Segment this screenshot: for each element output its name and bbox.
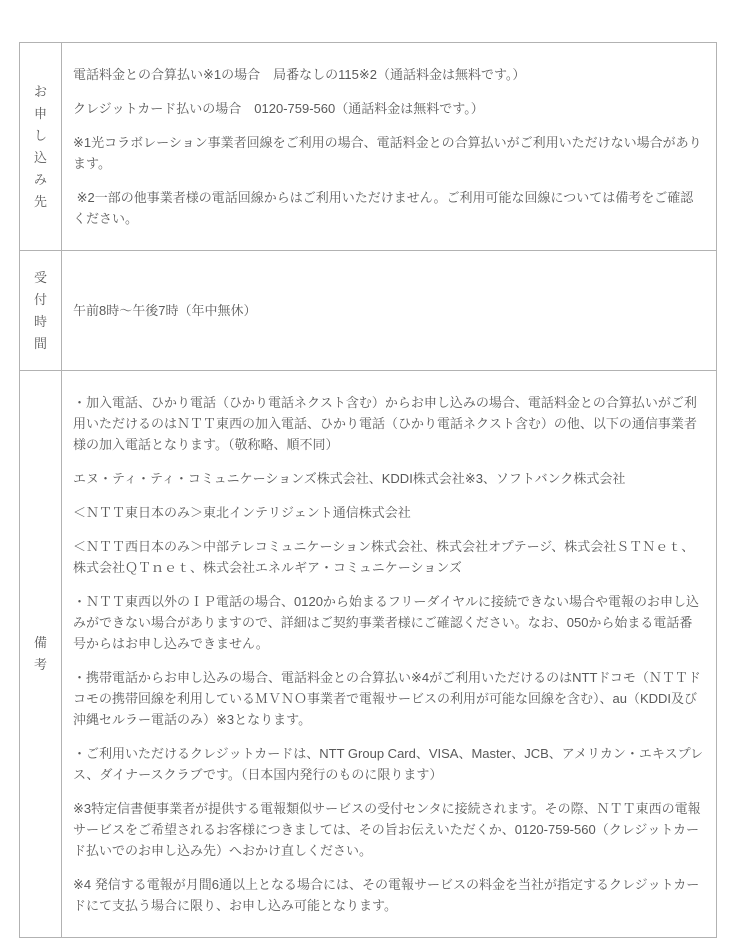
row-header-label: 受付時間: [34, 267, 48, 355]
remark-mobile-phone: ・携帯電話からお申し込みの場合、電話料金との合算払い※4がご利用いただけるのはN…: [73, 667, 705, 730]
remark-note-4: ※4 発信する電報が月間6通以上となる場合には、その電報サービスの料金を当社が指…: [73, 874, 705, 916]
table-row-remarks: 備考 ・加入電話、ひかり電話（ひかり電話ネクスト含む）からお申し込みの場合、電話…: [20, 371, 717, 938]
application-info-table: お申し込み先 電話料金との合算払い※1の場合 局番なしの115※2（通話料金は無…: [19, 42, 717, 938]
page: お申し込み先 電話料金との合算払い※1の場合 局番なしの115※2（通話料金は無…: [0, 0, 740, 886]
phone-billing-line: 電話料金との合算払い※1の場合 局番なしの115※2（通話料金は無料です。）: [73, 64, 705, 85]
credit-card-line: クレジットカード払いの場合 0120-759-560（通話料金は無料です。）: [73, 98, 705, 119]
row-header-label: お申し込み先: [34, 81, 48, 213]
remark-carrier-list: エヌ・ティ・ティ・コミュニケーションズ株式会社、KDDI株式会社※3、ソフトバン…: [73, 468, 705, 489]
row-content-reception-hours: 午前8時～午後7時（年中無休）: [62, 251, 717, 371]
row-content-application-contact: 電話料金との合算払い※1の場合 局番なしの115※2（通話料金は無料です。） ク…: [62, 43, 717, 251]
hours-line: 午前8時～午後7時（年中無休）: [73, 300, 705, 321]
note-1: ※1光コラボレーション事業者回線をご利用の場合、電話料金との合算払いがご利用いた…: [73, 132, 705, 174]
row-header-remarks: 備考: [20, 371, 62, 938]
row-header-application-contact: お申し込み先: [20, 43, 62, 251]
table-row-application-contact: お申し込み先 電話料金との合算払い※1の場合 局番なしの115※2（通話料金は無…: [20, 43, 717, 251]
remark-ntt-east-only: ＜ＮＴＴ東日本のみ＞東北インテリジェント通信株式会社: [73, 502, 705, 523]
table-row-reception-hours: 受付時間 午前8時～午後7時（年中無休）: [20, 251, 717, 371]
remark-credit-cards: ・ご利用いただけるクレジットカードは、NTT Group Card、VISA、M…: [73, 743, 705, 785]
row-content-remarks: ・加入電話、ひかり電話（ひかり電話ネクスト含む）からお申し込みの場合、電話料金と…: [62, 371, 717, 938]
remark-ntt-west-only: ＜ＮＴＴ西日本のみ＞中部テレコミュニケーション株式会社、株式会社オプテージ、株式…: [73, 536, 705, 578]
remark-subscriber-lines: ・加入電話、ひかり電話（ひかり電話ネクスト含む）からお申し込みの場合、電話料金と…: [73, 392, 705, 455]
remark-note-3: ※3特定信書便事業者が提供する電報類似サービスの受付センタに接続されます。その際…: [73, 798, 705, 861]
remark-ip-phone: ・ＮＴＴ東西以外のＩＰ電話の場合、0120から始まるフリーダイヤルに接続できない…: [73, 591, 705, 654]
note-2: ※2一部の他事業者様の電話回線からはご利用いただけません。ご利用可能な回線につい…: [73, 187, 705, 229]
row-header-label: 備考: [34, 632, 48, 676]
row-header-reception-hours: 受付時間: [20, 251, 62, 371]
